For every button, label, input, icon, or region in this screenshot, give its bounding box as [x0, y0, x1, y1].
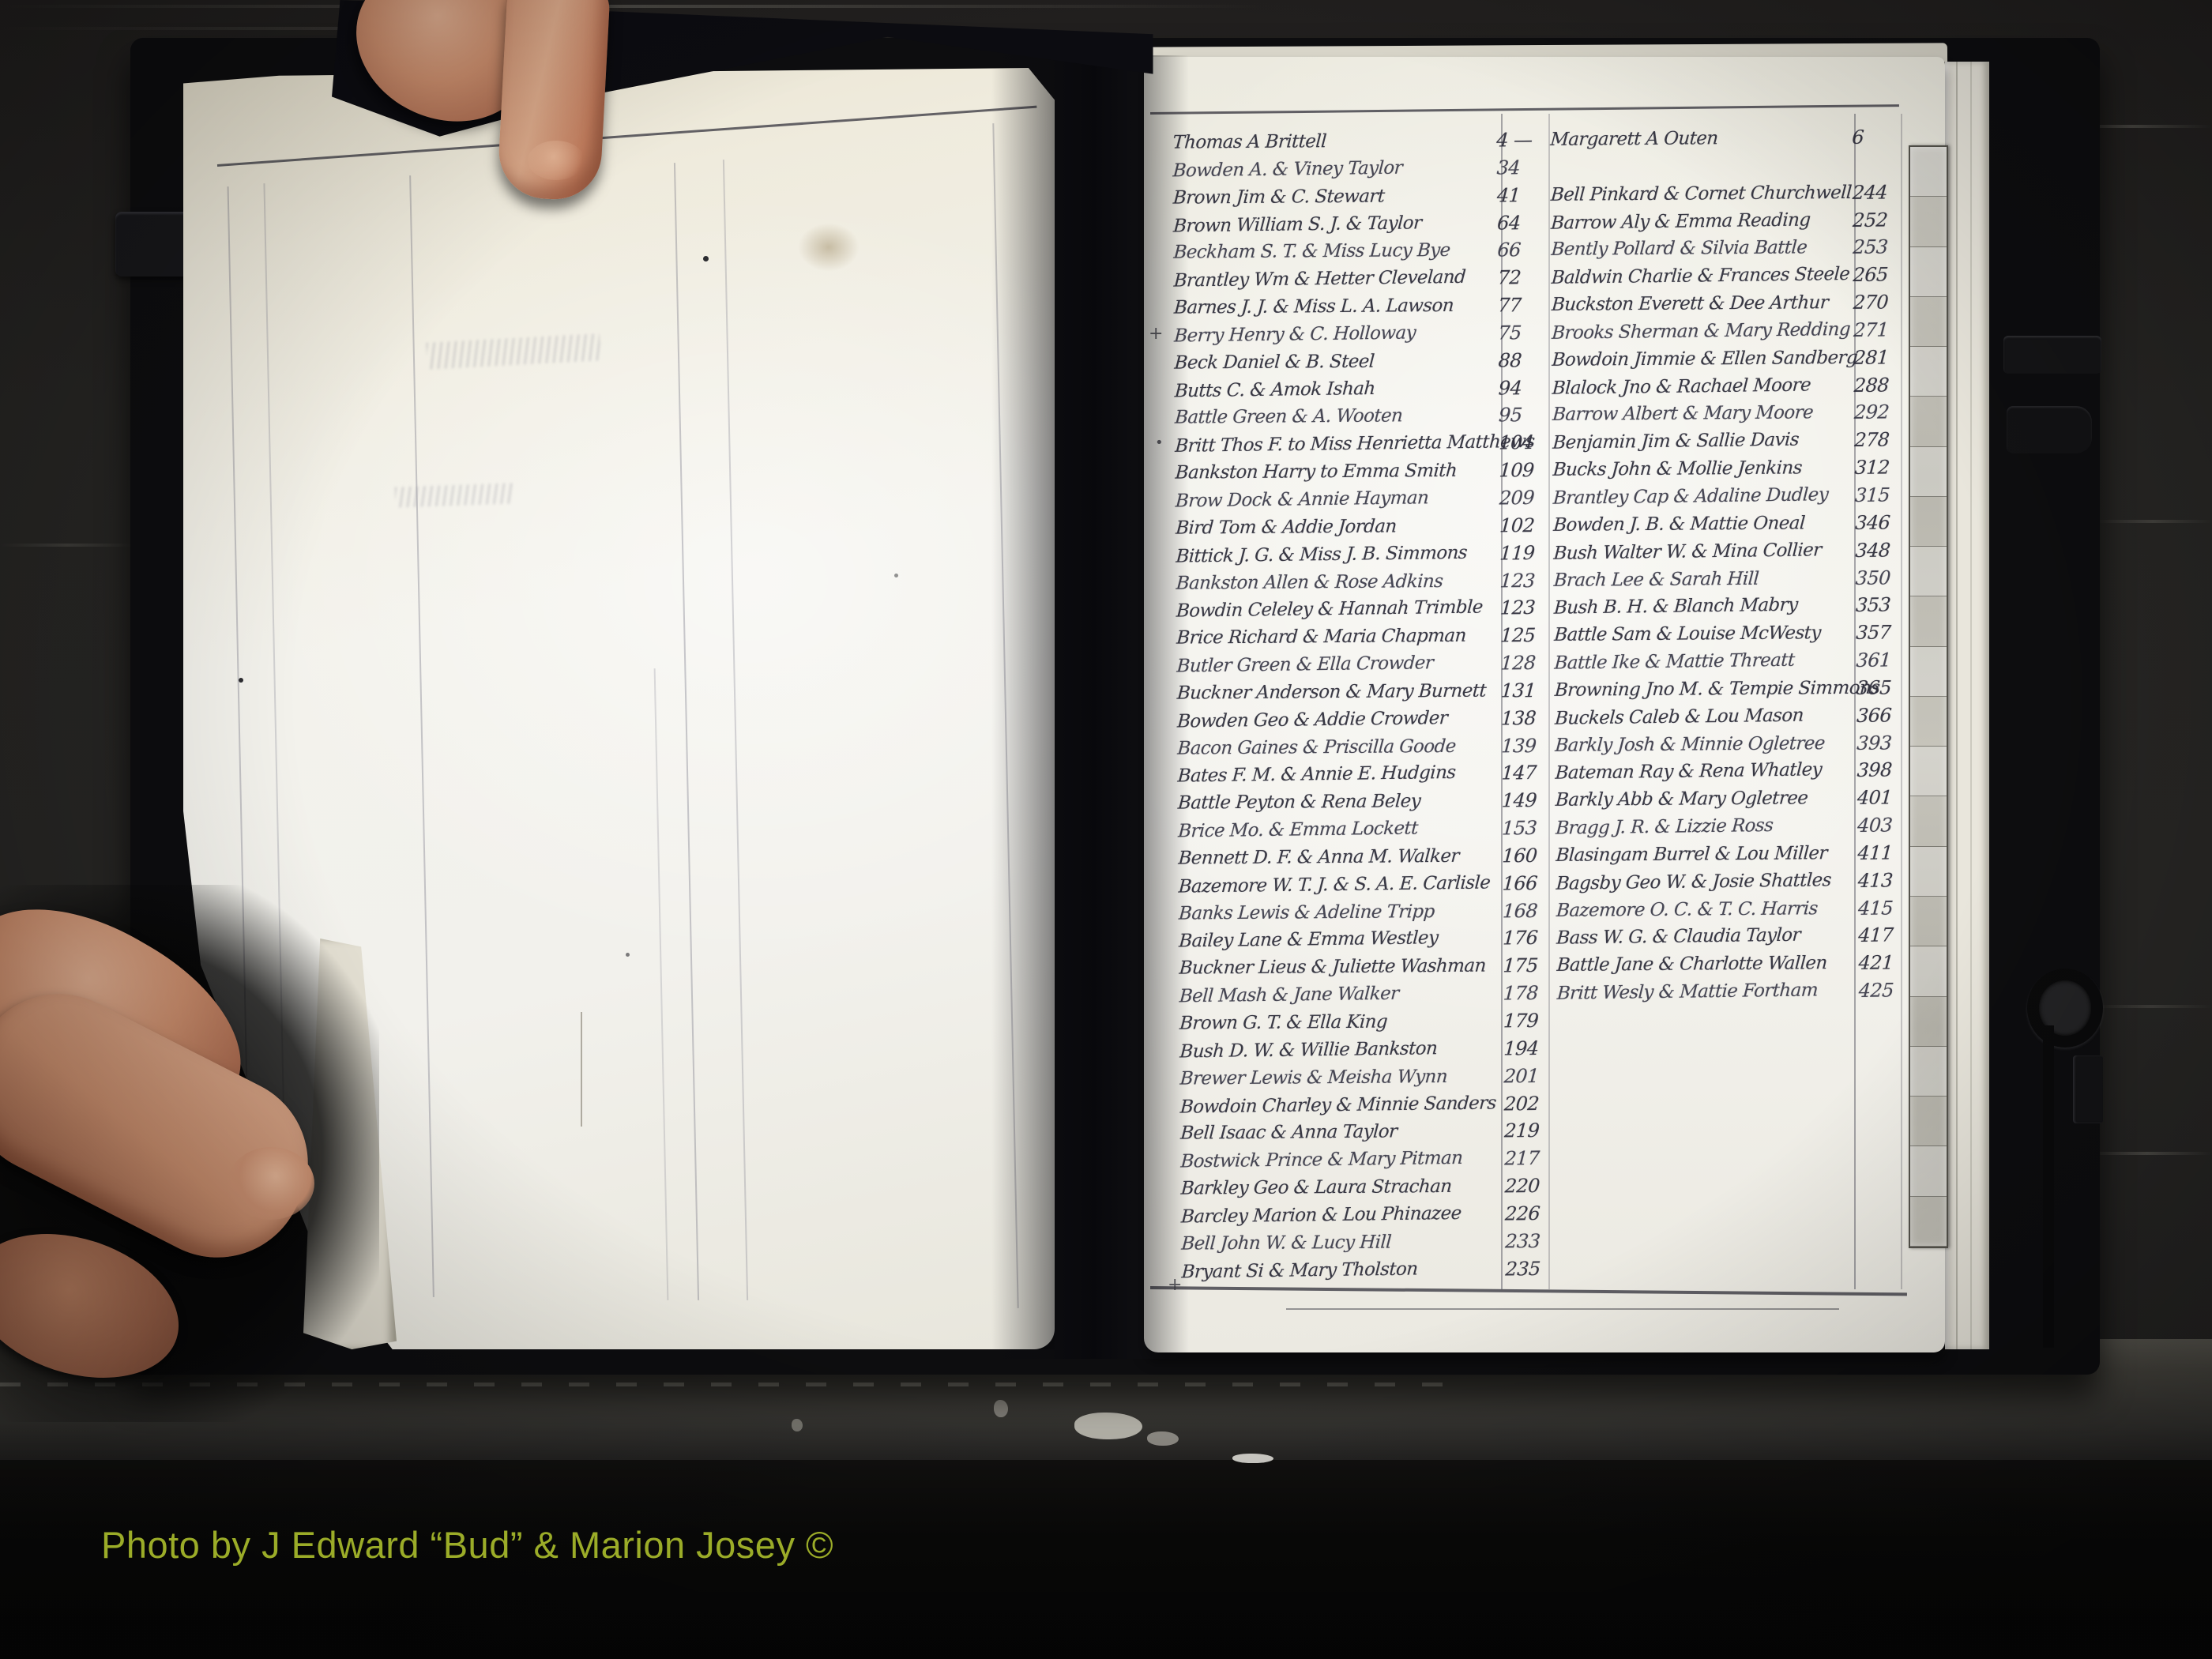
entry-left-page-number: 235	[1505, 1255, 1541, 1283]
entry-right-page-number: 348	[1854, 536, 1890, 564]
entry-left-name: Bazemore W. T. J. & S. A. E. Carlisle	[1178, 869, 1491, 901]
binder-clip	[2073, 1055, 2103, 1123]
entry-left-name: Bowdin Celeley & Hannah Trimble	[1176, 594, 1484, 626]
alphabet-tab	[1910, 147, 1947, 197]
alphabet-tab	[1910, 796, 1947, 846]
entry-right-name: Margarett A Outen	[1549, 125, 1718, 154]
entry-right-page-number: 411	[1856, 839, 1893, 867]
entry-right-name: Baldwin Charlie & Frances Steele	[1551, 261, 1851, 292]
entry-left-page-number: 175	[1503, 952, 1539, 980]
entry-left-page-number: 147	[1501, 759, 1537, 787]
entry-left-page-number: 209	[1499, 484, 1535, 512]
alphabet-tab-strip	[1909, 145, 1948, 1248]
entry-left-name: Bird Tom & Addie Jordan	[1175, 513, 1398, 542]
entry-left-page-number: 34	[1496, 154, 1521, 182]
entry-left-name: Bankston Harry to Emma Smith	[1175, 457, 1458, 487]
entry-left-name: Banks Lewis & Adeline Tripp	[1178, 898, 1435, 927]
entry-left-page-number: 95	[1498, 402, 1523, 430]
entry-right-name: Bass W. G. & Claudia Taylor	[1556, 922, 1801, 953]
printed-bottom-rule	[1150, 1286, 1907, 1296]
entry-left-name: Bittick J. G. & Miss J. B. Simmons	[1175, 539, 1468, 570]
ink-speck	[626, 953, 630, 957]
entry-right-name: Battle Sam & Louise McWesty	[1553, 619, 1822, 649]
entry-left-name: Buckner Anderson & Mary Burnett	[1176, 677, 1487, 707]
entry-right-page-number: 357	[1855, 619, 1891, 647]
entry-left-name: Britt Thos F. to Miss Henrietta Matthews	[1174, 428, 1535, 461]
entry-left-name: Bennett D. F. & Anna M. Walker	[1177, 843, 1459, 873]
entry-right-name: Bently Pollard & Silvia Battle	[1550, 235, 1808, 264]
entry-right-page-number: 401	[1856, 784, 1893, 812]
page-edge-line	[1970, 62, 1972, 1349]
binder-ring-post	[2027, 969, 2103, 1048]
entry-left-name: Bostwick Prince & Mary Pitman	[1179, 1145, 1463, 1176]
entry-left-page-number: 233	[1504, 1228, 1540, 1255]
entry-left-name: Brantley Wm & Hetter Cleveland	[1173, 264, 1466, 295]
entry-left-name: Brown William S. J. & Taylor	[1172, 209, 1422, 240]
alphabet-tab	[1910, 247, 1947, 297]
binder-hook	[2007, 406, 2092, 453]
entry-left-page-number: 123	[1499, 594, 1536, 622]
entry-right-name: Barkly Josh & Minnie Ogletree	[1554, 730, 1826, 760]
ink-speck	[894, 574, 898, 577]
entry-right-page-number: 271	[1853, 316, 1889, 344]
alphabet-tab	[1910, 547, 1947, 596]
alphabet-tab	[1910, 997, 1947, 1047]
entry-right-name: Bowden J. B. & Mattie Oneal	[1552, 510, 1806, 539]
entry-left-page-number: 109	[1499, 457, 1535, 484]
alphabet-tab	[1910, 647, 1947, 697]
entry-right-name: Bell Pinkard & Cornet Churchwell	[1550, 179, 1853, 209]
entry-left-page-number: 64	[1496, 209, 1521, 237]
entry-left-page-number: 153	[1501, 814, 1537, 842]
entry-right-page-number: 365	[1856, 674, 1892, 702]
wall-streak	[0, 544, 134, 547]
entry-right-page-number: 415	[1857, 894, 1894, 922]
wall-streak	[2092, 1005, 2212, 1008]
entry-right-name: Bagsby Geo W. & Josie Shattles	[1556, 867, 1832, 897]
printed-bottom-rule	[1286, 1308, 1839, 1310]
entry-left-name: Bates F. M. & Annie E. Hudgins	[1177, 759, 1457, 790]
entry-left-name: Bowden Geo & Addie Crowder	[1176, 705, 1448, 735]
entry-right-name: Benjamin Jim & Sallie Davis	[1552, 427, 1800, 457]
entry-left-page-number: 128	[1500, 649, 1537, 677]
ink-showthrough	[426, 333, 600, 369]
entry-left-name: Brown G. T. & Ella King	[1179, 1009, 1388, 1038]
entry-left-page-number: 66	[1496, 237, 1522, 265]
entry-right-name: Britt Wesly & Mattie Fortham	[1556, 977, 1819, 1008]
alphabet-tab	[1910, 1097, 1947, 1146]
entry-right-page-number: 270	[1853, 289, 1889, 317]
book-gutter-shadow	[991, 55, 1189, 1359]
entry-left-page-number: 123	[1499, 567, 1536, 595]
entry-left-page-number: 138	[1500, 705, 1537, 732]
alphabet-tab	[1910, 1146, 1947, 1196]
alphabet-tab	[1910, 497, 1947, 547]
paint-chip	[994, 1400, 1008, 1417]
alphabet-tab	[1910, 297, 1947, 347]
entry-right-page-number: 281	[1853, 344, 1889, 371]
entry-left-page-number: 41	[1496, 182, 1522, 209]
wall-streak	[0, 5, 1264, 8]
entry-right-name: Brach Lee & Sarah Hill	[1553, 565, 1760, 594]
alphabet-tab	[1910, 897, 1947, 946]
entry-right-page-number: 361	[1856, 646, 1892, 674]
entry-right-page-number: 421	[1858, 950, 1894, 977]
entry-left-name: Brice Mo. & Emma Lockett	[1177, 815, 1419, 846]
binder-post-left-top	[115, 212, 190, 276]
alphabet-tab	[1910, 596, 1947, 646]
entry-right-name: Brooks Sherman & Mary Redding	[1551, 316, 1851, 348]
paint-chip	[792, 1419, 803, 1431]
hand-top-fingertip-highlight	[528, 141, 585, 180]
page-edge-line	[1956, 62, 1958, 1349]
entry-right-name: Brantley Cap & Adaline Dudley	[1552, 481, 1829, 512]
entry-left-name: Buckner Lieus & Juliette Washman	[1179, 953, 1487, 983]
entry-left-page-number: 166	[1502, 870, 1538, 897]
printed-border-line	[217, 106, 1037, 167]
entry-left-page-number: 219	[1503, 1117, 1540, 1145]
entry-right-name: Battle Ike & Mattie Threatt	[1554, 647, 1796, 678]
entry-right-page-number: 288	[1853, 371, 1890, 399]
entry-left-page-number: 202	[1503, 1089, 1540, 1117]
entry-left-name: Brown Jim & C. Stewart	[1172, 182, 1386, 212]
entry-left-name: Butler Green & Ella Crowder	[1176, 649, 1435, 680]
entry-right-page-number: 265	[1853, 261, 1889, 289]
entry-left-page-number: 139	[1500, 732, 1537, 760]
entry-right-page-number: 253	[1852, 234, 1888, 261]
entry-left-page-number: 194	[1503, 1035, 1539, 1063]
alphabet-tab	[1910, 747, 1947, 796]
entry-left-page-number: 88	[1497, 347, 1522, 374]
page-crease	[581, 1012, 582, 1127]
alphabet-tab	[1910, 697, 1947, 747]
hand-bottom-fingertip	[228, 1147, 314, 1220]
entry-left-name: Bowden A. & Viney Taylor	[1172, 154, 1403, 185]
entry-right-page-number: 425	[1858, 977, 1894, 1005]
index-entry-row: Bryant Si & Mary Tholston 235	[1179, 1252, 1916, 1285]
printed-top-rule	[1150, 104, 1899, 115]
entry-left-name: Barnes J. J. & Miss L. A. Lawson	[1173, 292, 1454, 322]
entry-left-name: Thomas A Brittell	[1172, 128, 1327, 156]
entry-left-page-number: 72	[1497, 264, 1522, 292]
entry-left-name: Brice Richard & Maria Chapman	[1176, 623, 1467, 653]
entry-right-page-number: 6	[1851, 124, 1864, 152]
entry-right-name: Barrow Albert & Mary Moore	[1552, 400, 1814, 429]
entry-left-page-number: 179	[1503, 1007, 1539, 1035]
alphabet-tab	[1910, 197, 1947, 246]
entry-right-name: Bragg J. R. & Lizzie Ross	[1555, 812, 1774, 842]
ink-speck	[703, 256, 709, 261]
entry-right-name: Bush B. H. & Blanch Mabry	[1553, 592, 1798, 623]
entry-right-name: Bucks John & Mollie Jenkins	[1552, 455, 1803, 484]
entry-left-page-number: 168	[1502, 897, 1538, 925]
photographer-watermark: Photo by J Edward “Bud” & Marion Josey ©	[101, 1523, 833, 1567]
entry-left-name: Bowdoin Charley & Minnie Sanders	[1179, 1089, 1497, 1121]
entry-left-name: Bell John W. & Lucy Hill	[1180, 1228, 1392, 1258]
entry-left-name: Bell Isaac & Anna Taylor	[1179, 1119, 1398, 1148]
entry-left-name: Bacon Gaines & Priscilla Goode	[1176, 732, 1456, 762]
entry-right-name: Bazemore O. C. & T. C. Harris	[1556, 895, 1819, 924]
photo-of-open-ledger: + • + Thomas A Brittell 4 — Margarett A …	[0, 0, 2212, 1659]
page-stack-fore-edge-right	[1945, 62, 1989, 1349]
entry-right-page-number: 312	[1854, 454, 1890, 482]
entry-right-page-number: 413	[1857, 867, 1894, 894]
entry-left-name: Barkley Geo & Laura Strachan	[1180, 1173, 1453, 1203]
entry-right-page-number: 350	[1855, 564, 1891, 592]
entry-left-page-number: 217	[1504, 1145, 1540, 1172]
entry-left-page-number: 160	[1501, 842, 1537, 870]
alphabet-tab	[1910, 1197, 1947, 1247]
entry-left-page-number: 104	[1498, 429, 1534, 457]
alphabet-tab	[1910, 847, 1947, 897]
entry-left-name: Bush D. W. & Willie Bankston	[1179, 1035, 1438, 1066]
ink-speck	[239, 678, 243, 683]
entry-left-page-number: 125	[1499, 622, 1536, 649]
binder-clamp-bar	[2003, 336, 2101, 374]
entry-right-page-number: 353	[1855, 592, 1891, 619]
entry-left-name: Bankston Allen & Rose Adkins	[1176, 567, 1444, 597]
paint-chip	[1147, 1431, 1179, 1446]
alphabet-tab	[1910, 447, 1947, 497]
entry-right-name: Blalock Jno & Rachael Moore	[1552, 371, 1811, 402]
entry-right-page-number: 315	[1854, 481, 1890, 509]
entry-right-page-number: 393	[1856, 729, 1892, 757]
entry-left-name: Bailey Lane & Emma Westley	[1178, 925, 1439, 956]
wall-streak	[2093, 520, 2212, 523]
entry-right-page-number: 398	[1856, 757, 1893, 784]
entry-right-page-number: 403	[1856, 812, 1893, 840]
entry-right-page-number: 417	[1857, 922, 1894, 950]
wall-streak	[2082, 1152, 2212, 1155]
entry-right-name: Blasingam Burrel & Lou Miller	[1555, 840, 1827, 870]
entry-left-name: Brow Dock & Annie Hayman	[1175, 484, 1429, 515]
entry-right-page-number: 252	[1852, 206, 1888, 234]
entry-left-name: Beckham S. T. & Miss Lucy Bye	[1172, 237, 1450, 267]
entry-left-page-number: 119	[1499, 540, 1535, 567]
entry-right-name: Bateman Ray & Rena Whatley	[1555, 757, 1823, 788]
alphabet-tab	[1910, 946, 1947, 996]
entry-left-name: Beck Daniel & B. Steel	[1174, 348, 1375, 377]
entry-right-page-number: 292	[1853, 399, 1890, 427]
alphabet-tab	[1910, 347, 1947, 397]
entry-right-name: Browning Jno M. & Tempie Simmons	[1554, 675, 1881, 705]
index-entries: Thomas A Brittell 4 — Margarett A Outen …	[1171, 123, 1914, 1285]
entry-right-name: Barrow Aly & Emma Reading	[1550, 206, 1811, 237]
alphabet-tab	[1910, 397, 1947, 446]
entry-left-page-number: 94	[1498, 374, 1522, 402]
ink-showthrough	[395, 483, 514, 507]
entry-right-name: Buckston Everett & Dee Arthur	[1551, 289, 1829, 319]
entry-left-page-number: 75	[1497, 319, 1522, 347]
printed-column-line	[674, 163, 699, 1300]
entry-left-page-number: 220	[1504, 1172, 1540, 1200]
entry-right-name: Bush Walter W. & Mina Collier	[1552, 536, 1822, 567]
entry-right-name: Barkly Abb & Mary Ogletree	[1555, 785, 1808, 814]
entry-left-page-number: 4 —	[1495, 126, 1533, 154]
entry-left-page-number: 178	[1503, 980, 1539, 1007]
entry-left-name: Bell Mash & Jane Walker	[1179, 980, 1400, 1010]
entry-left-name: Butts C. & Amok Ishah	[1174, 375, 1376, 405]
entry-left-name: Berry Henry & C. Holloway	[1173, 319, 1416, 350]
entry-left-page-number: 77	[1497, 292, 1522, 319]
entry-right-page-number: 244	[1852, 179, 1888, 206]
entry-left-name: Bryant Si & Mary Tholston	[1181, 1255, 1419, 1286]
entry-left-name: Barcley Marion & Lou Phinazee	[1180, 1200, 1462, 1232]
entry-left-page-number: 176	[1502, 924, 1538, 952]
page-smudge	[798, 223, 860, 272]
alphabet-tab	[1910, 1047, 1947, 1097]
entry-right-page-number: 366	[1856, 702, 1892, 729]
entry-left-name: Brewer Lewis & Meisha Wynn	[1179, 1063, 1448, 1093]
entry-left-page-number: 131	[1500, 677, 1537, 705]
entry-right-name: Buckels Caleb & Lou Mason	[1554, 702, 1804, 732]
paint-chip	[1074, 1413, 1142, 1439]
entry-left-page-number: 102	[1499, 512, 1535, 540]
entry-left-name: Battle Green & A. Wooten	[1174, 403, 1403, 432]
printed-column-line	[723, 160, 748, 1300]
entry-left-name: Battle Peyton & Rena Beley	[1177, 788, 1421, 817]
entry-left-page-number: 226	[1504, 1200, 1540, 1228]
entry-left-page-number: 201	[1503, 1063, 1540, 1090]
paint-chip	[1232, 1454, 1273, 1463]
entry-right-name: Bowdoin Jimmie & Ellen Sandberg	[1551, 344, 1858, 374]
printed-column-line	[654, 668, 669, 1300]
entry-right-name: Battle Jane & Charlotte Wallen	[1556, 950, 1828, 980]
binder-rod	[2043, 1025, 2054, 1348]
entry-right-page-number: 278	[1853, 427, 1890, 454]
entry-left-page-number: 149	[1501, 787, 1537, 814]
right-index-page: + • + Thomas A Brittell 4 — Margarett A …	[1144, 57, 1945, 1352]
entry-right-page-number: 346	[1854, 509, 1890, 536]
